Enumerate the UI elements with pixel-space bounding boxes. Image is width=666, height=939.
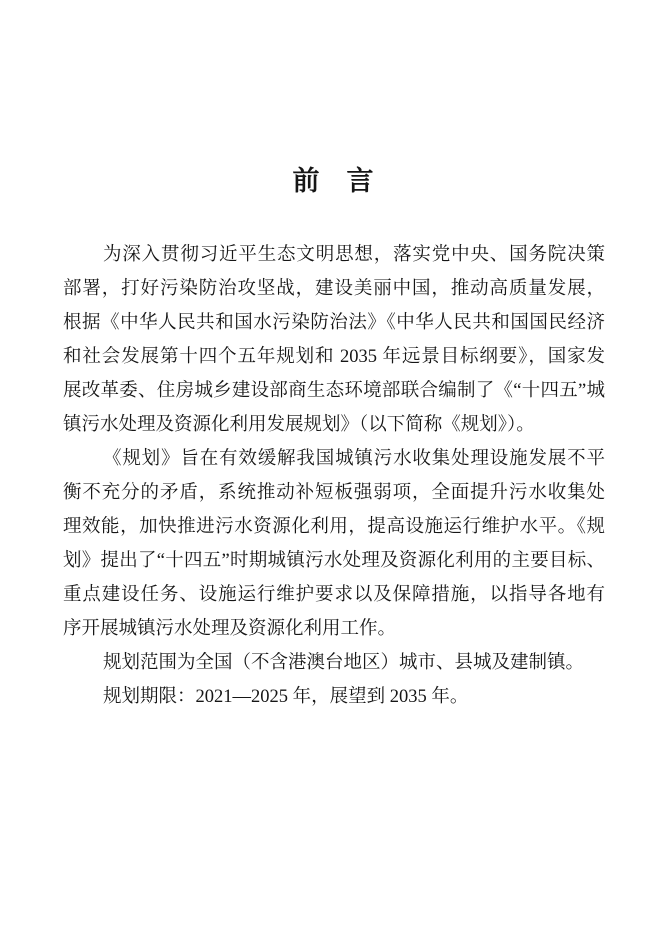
text-line: 划》提出了“十四五”时期城镇污水处理及资源化利用的主要目标、: [63, 544, 605, 578]
text-line: 和社会发展第十四个五年规划和 2035 年远景目标纲要》，国家发: [63, 340, 605, 374]
document-body: 为深入贯彻习近平生态文明思想，落实党中央、国务院决策 部署，打好污染防治攻坚战，…: [63, 238, 605, 714]
text-line: 理效能，加快推进污水资源化利用，提高设施运行维护水平。《规: [63, 510, 605, 544]
text-line: 重点建设任务、设施运行维护要求以及保障措施，以指导各地有: [63, 578, 605, 612]
text-line: 镇污水处理及资源化利用发展规划》（以下简称《规划》）。: [63, 408, 605, 442]
text-line: 根据《中华人民共和国水污染防治法》《中华人民共和国国民经济: [63, 306, 605, 340]
text-line: 展改革委、住房城乡建设部商生态环境部联合编制了《“十四五”城: [63, 374, 605, 408]
preface-title: 前 言: [0, 162, 666, 200]
text-line: 序开展城镇污水处理及资源化利用工作。: [63, 612, 605, 646]
text-line: 《规划》旨在有效缓解我国城镇污水收集处理设施发展不平: [63, 442, 605, 476]
text-line: 规划期限：2021—2025 年，展望到 2035 年。: [63, 680, 605, 714]
text-line: 为深入贯彻习近平生态文明思想，落实党中央、国务院决策: [63, 238, 605, 272]
paragraph-1: 为深入贯彻习近平生态文明思想，落实党中央、国务院决策 部署，打好污染防治攻坚战，…: [63, 238, 605, 442]
text-line: 衡不充分的矛盾，系统推动补短板强弱项，全面提升污水收集处: [63, 476, 605, 510]
document-page: 前 言 为深入贯彻习近平生态文明思想，落实党中央、国务院决策 部署，打好污染防治…: [0, 0, 666, 939]
text-line: 部署，打好污染防治攻坚战，建设美丽中国，推动高质量发展，: [63, 272, 605, 306]
paragraph-4: 规划期限：2021—2025 年，展望到 2035 年。: [63, 680, 605, 714]
text-line: 规划范围为全国（不含港澳台地区）城市、县城及建制镇。: [63, 646, 605, 680]
paragraph-2: 《规划》旨在有效缓解我国城镇污水收集处理设施发展不平 衡不充分的矛盾，系统推动补…: [63, 442, 605, 646]
paragraph-3: 规划范围为全国（不含港澳台地区）城市、县城及建制镇。: [63, 646, 605, 680]
